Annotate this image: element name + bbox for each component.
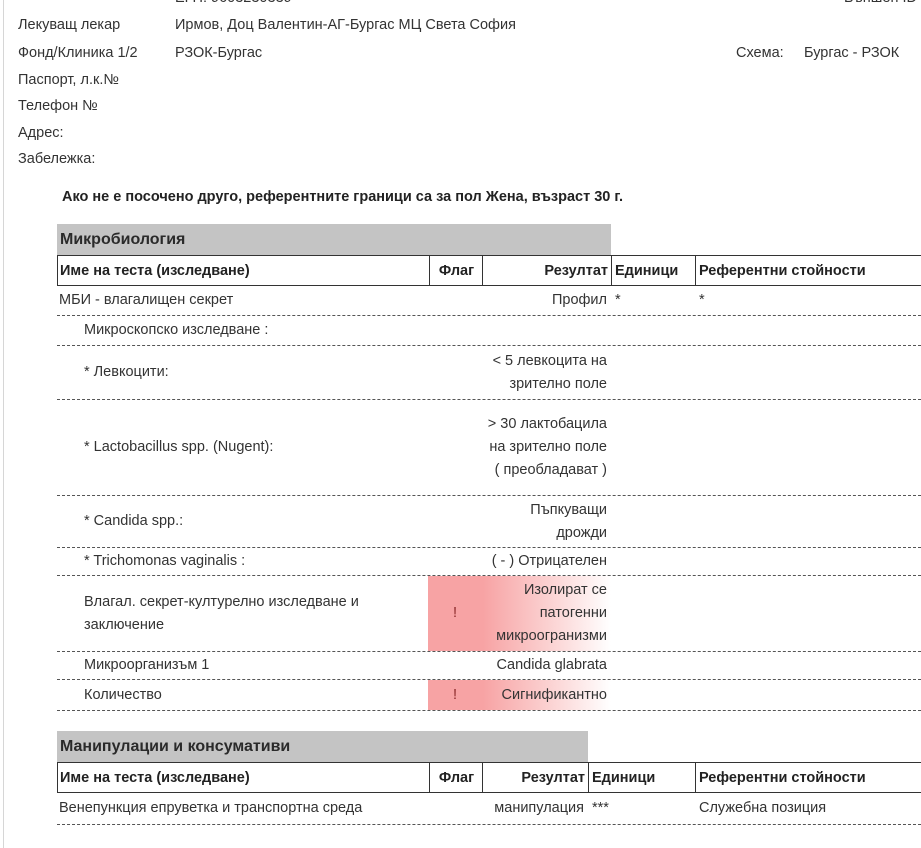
passport-label: Паспорт, л.к.№ <box>18 72 119 88</box>
test-name: * Trichomonas vaginalis : <box>84 548 429 575</box>
test-name: Микроскопско изследване : <box>84 316 429 345</box>
test-name: Микроорганизъм 1 <box>84 652 429 679</box>
page-left-border <box>3 0 4 848</box>
reference-note: Ако не е посочено друго, референтните гр… <box>62 189 623 205</box>
scheme-label: Схема: <box>736 45 784 61</box>
units-value <box>611 496 695 547</box>
flag-indicator <box>428 793 482 824</box>
section-title-microbiology: Микробиология <box>57 224 611 255</box>
test-name: Влагал. секрет-културелно изследване и з… <box>84 576 429 651</box>
address-label: Адрес: <box>18 125 64 141</box>
test-name: * Candida spp.: <box>84 496 429 547</box>
test-name: * Левкоцити: <box>84 346 429 399</box>
flag-indicator: ! <box>428 576 482 651</box>
reference-value <box>695 652 921 679</box>
units-value <box>611 400 695 495</box>
units-value: *** <box>588 793 695 824</box>
col-header-flag: Флаг <box>429 256 483 285</box>
reference-value <box>695 400 921 495</box>
test-name: Венепункция епруветка и транспортна сред… <box>59 793 404 824</box>
flag-indicator <box>428 400 482 495</box>
table-row: Количество!Сигнификантно <box>57 680 921 711</box>
result-value: < 5 левкоцита на зрително поле <box>482 346 611 399</box>
flag-indicator <box>428 652 482 679</box>
reference-value <box>695 346 921 399</box>
result-value: ( - ) Отрицателен <box>482 548 611 575</box>
units-value <box>611 652 695 679</box>
col-header-result: Резултат <box>482 256 612 285</box>
units-value <box>611 680 695 710</box>
result-value: манипулация <box>482 793 588 824</box>
remark-label: Забележка: <box>18 151 95 167</box>
flag-indicator: ! <box>428 680 482 710</box>
doctor-label: Лекуващ лекар <box>18 17 120 33</box>
reference-value <box>695 680 921 710</box>
units-value <box>611 346 695 399</box>
table-row: * Candida spp.:Пъпкуващи дрожди <box>57 496 921 548</box>
reference-value: Служебна позиция <box>695 793 921 824</box>
reference-value <box>695 576 921 651</box>
table-row: Микроскопско изследване : <box>57 316 921 346</box>
fund-label: Фонд/Клиника 1/2 <box>18 45 138 61</box>
result-value: Candida glabrata <box>482 652 611 679</box>
col-header-reference: Референтни стойности <box>695 256 921 285</box>
reference-value <box>695 496 921 547</box>
table-row: * Lactobacillus spp. (Nugent):> 30 лакто… <box>57 400 921 496</box>
result-value: Пъпкуващи дрожди <box>482 496 611 547</box>
col-header-test-name: Име на теста (изследване) <box>60 763 250 792</box>
flag-indicator <box>428 548 482 575</box>
result-value <box>482 316 611 345</box>
units-value: * <box>611 286 695 315</box>
table-row: Венепункция епруветка и транспортна сред… <box>57 793 921 825</box>
test-name: МБИ - влагалищен секрет <box>59 286 404 315</box>
section-title-manipulations: Манипулации и консумативи <box>57 731 588 762</box>
table-header-manipulations: Име на теста (изследване) Флаг Резултат … <box>57 762 921 793</box>
result-value: Профил <box>482 286 611 315</box>
phone-label: Телефон № <box>18 98 98 114</box>
flag-indicator <box>428 496 482 547</box>
reference-value <box>695 316 921 345</box>
units-value <box>611 576 695 651</box>
reference-value: * <box>695 286 921 315</box>
scheme-value: Бургас - РЗОК <box>804 45 899 61</box>
table-header-microbiology: Име на теста (изследване) Флаг Резултат … <box>57 255 921 286</box>
reference-value <box>695 548 921 575</box>
test-name: Количество <box>84 680 429 710</box>
result-value: > 30 лактобацила на зрително поле ( прео… <box>482 400 611 495</box>
units-value <box>611 316 695 345</box>
test-name: * Lactobacillus spp. (Nugent): <box>84 400 429 495</box>
table-row: * Левкоцити:< 5 левкоцита на зрително по… <box>57 346 921 400</box>
result-value: Изолират се патогенни микроогранизми <box>482 576 611 651</box>
egn-label: ЕГН: 9603230339 <box>175 0 292 6</box>
flag-indicator <box>428 286 482 315</box>
flag-indicator <box>428 316 482 345</box>
units-value <box>611 548 695 575</box>
table-row: МБИ - влагалищен секретПрофил** <box>57 286 921 316</box>
col-header-result: Резултат <box>482 763 589 792</box>
flag-indicator <box>428 346 482 399</box>
col-header-units: Единици <box>611 256 696 285</box>
doctor-value: Ирмов, Доц Валентин-АГ-Бургас МЦ Света С… <box>175 17 516 33</box>
table-row: Влагал. секрет-културелно изследване и з… <box>57 576 921 652</box>
external-id-label: Външен ID <box>844 0 917 6</box>
table-row: * Trichomonas vaginalis :( - ) Отрицател… <box>57 548 921 576</box>
fund-value: РЗОК-Бургас <box>175 45 262 61</box>
col-header-flag: Флаг <box>429 763 483 792</box>
result-value: Сигнификантно <box>482 680 611 710</box>
col-header-test-name: Име на теста (изследване) <box>60 256 250 285</box>
col-header-reference: Референтни стойности <box>695 763 921 792</box>
table-row: Микроорганизъм 1Candida glabrata <box>57 652 921 680</box>
col-header-units: Единици <box>588 763 696 792</box>
